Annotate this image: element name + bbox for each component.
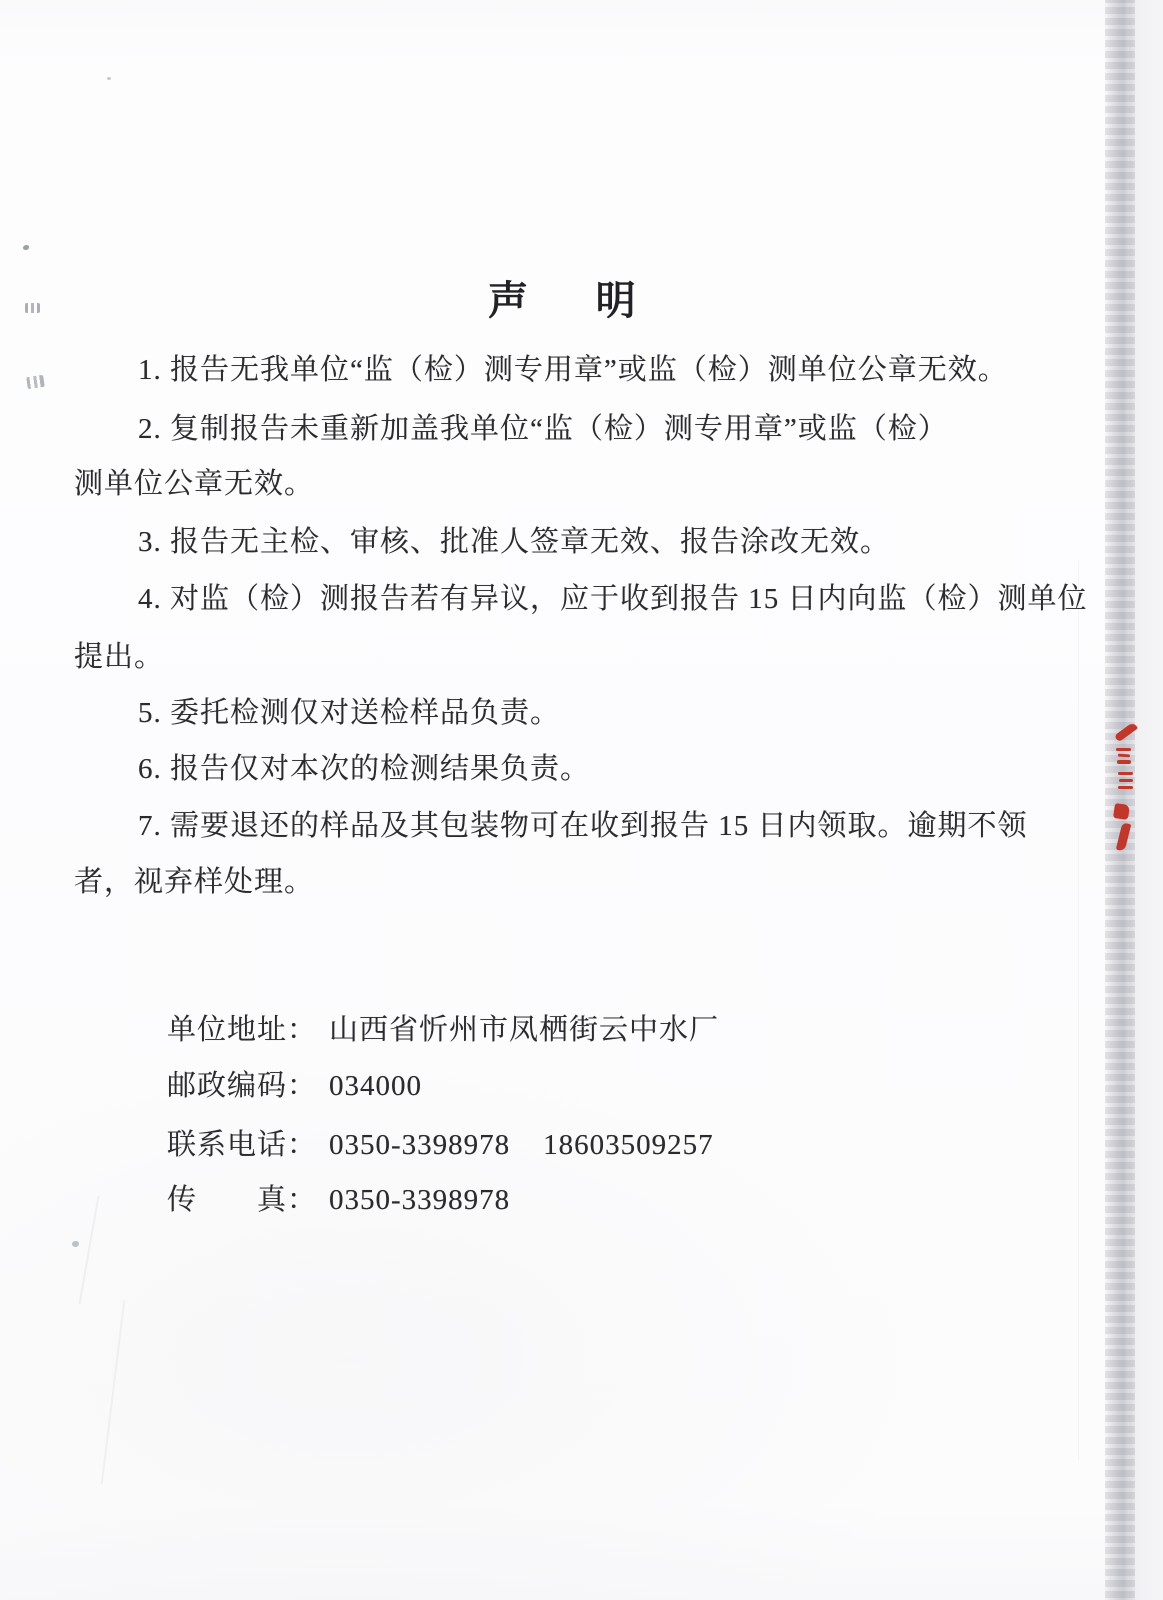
contact-value-fax: 0350-3398978 — [329, 1184, 510, 1216]
contact-row-fax: 传 真：0350-3398978 — [134, 1151, 510, 1251]
scanned-statement-page: 声 明 1. 报告无我单位“监（检）测专用章”或监（检）测单位公章无效。 2. … — [0, 0, 1163, 1600]
statement-line-1: 1. 报告无我单位“监（检）测专用章”或监（检）测单位公章无效。 — [138, 354, 1008, 387]
paper-crease — [1078, 560, 1079, 1460]
scan-speck — [72, 1241, 79, 1247]
page-edge-shadow-strip — [1105, 0, 1135, 1600]
scan-speck — [26, 375, 45, 389]
paper-crease — [78, 1196, 99, 1305]
statement-line-4b: 提出。 — [74, 641, 164, 674]
statement-line-6: 6. 报告仅对本次的检测结果负责。 — [138, 753, 590, 786]
scan-speck — [25, 303, 40, 313]
statement-line-4: 4. 对监（检）测报告若有异议，应于收到报告 15 日内向监（检）测单位 — [138, 583, 1088, 616]
statement-line-3: 3. 报告无主检、审核、批准人签章无效、报告涂改无效。 — [138, 526, 890, 559]
statement-line-2b: 测单位公章无效。 — [74, 468, 314, 501]
paper-crease — [101, 1301, 126, 1485]
scan-speck — [23, 245, 29, 250]
scan-speck — [107, 77, 111, 80]
statement-line-7b: 者，视弃样处理。 — [74, 866, 314, 899]
page-title: 声 明 — [488, 279, 638, 323]
contact-label-fax: 传 真： — [167, 1184, 317, 1216]
statement-line-5: 5. 委托检测仅对送检样品负责。 — [138, 697, 560, 730]
statement-line-7: 7. 需要退还的样品及其包装物可在收到报告 15 日内领取。逾期不领 — [138, 810, 1028, 843]
statement-line-2: 2. 复制报告未重新加盖我单位“监（检）测专用章”或监（检） — [138, 413, 948, 446]
